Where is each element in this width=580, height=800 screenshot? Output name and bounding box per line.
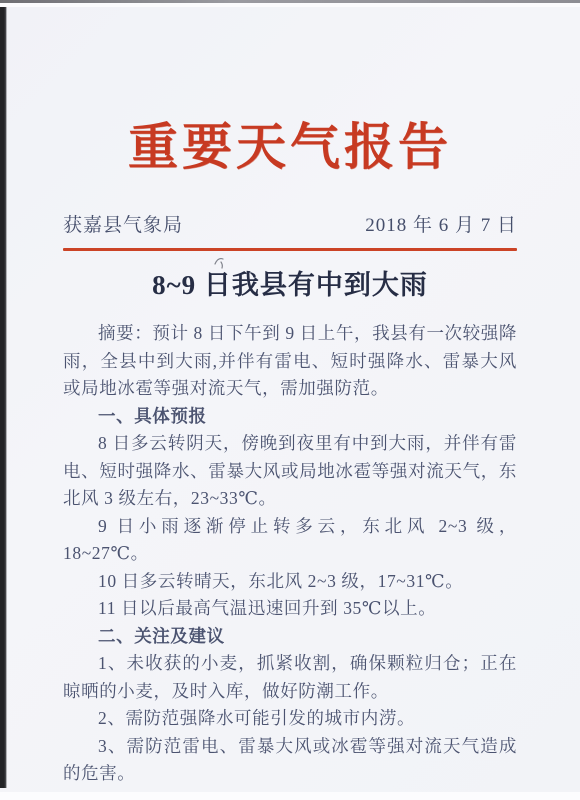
meta-row: 获嘉县气象局 2018 年 6 月 7 日 [63,214,517,238]
advice-item-1: 1、未收获的小麦，抓紧收割，确保颗粒归仓；正在晾晒的小麦，及时入库，做好防潮工作… [63,650,517,705]
forecast-day11: 11 日以后最高气温迅速回升到 35℃以上。 [63,595,517,623]
scanned-weather-report: 重要天气报告 获嘉县气象局 2018 年 6 月 7 日 8~9 日我县有中到大… [0,0,580,800]
issue-date: 2018 年 6 月 7 日 [365,214,517,238]
report-body: 摘要：预计 8 日下午到 9 日上午，我县有一次较强降雨，全县中到大雨,并伴有雷… [63,320,517,788]
document-title: 重要天气报告 [63,110,517,184]
section-1-heading: 一、具体预报 [63,403,517,431]
red-divider-rule [63,248,517,251]
advice-item-3: 3、需防范雷电、雷暴大风或冰雹等强对流天气造成的危害。 [63,733,517,788]
scan-bottom-edge [0,792,580,800]
summary-paragraph: 摘要：预计 8 日下午到 9 日上午，我县有一次较强降雨，全县中到大雨,并伴有雷… [63,320,517,403]
report-headline: 8~9 日我县有中到大雨 [63,268,517,303]
advice-item-2: 2、需防范强降水可能引发的城市内涝。 [63,705,517,733]
forecast-day9: 9 日小雨逐渐停止转多云，东北风 2~3 级，18~27℃。 [63,513,517,568]
document-content: 重要天气报告 获嘉县气象局 2018 年 6 月 7 日 8~9 日我县有中到大… [63,0,517,788]
section-2-heading: 二、关注及建议 [63,623,517,651]
pen-mark [211,255,229,271]
scan-left-edge [0,7,7,788]
issuer-name: 获嘉县气象局 [63,214,183,238]
forecast-day8: 8 日多云转阴天，傍晚到夜里有中到大雨，并伴有雷电、短时强降水、雷暴大风或局地冰… [63,430,517,513]
forecast-day10: 10 日多云转晴天，东北风 2~3 级，17~31℃。 [63,568,517,596]
